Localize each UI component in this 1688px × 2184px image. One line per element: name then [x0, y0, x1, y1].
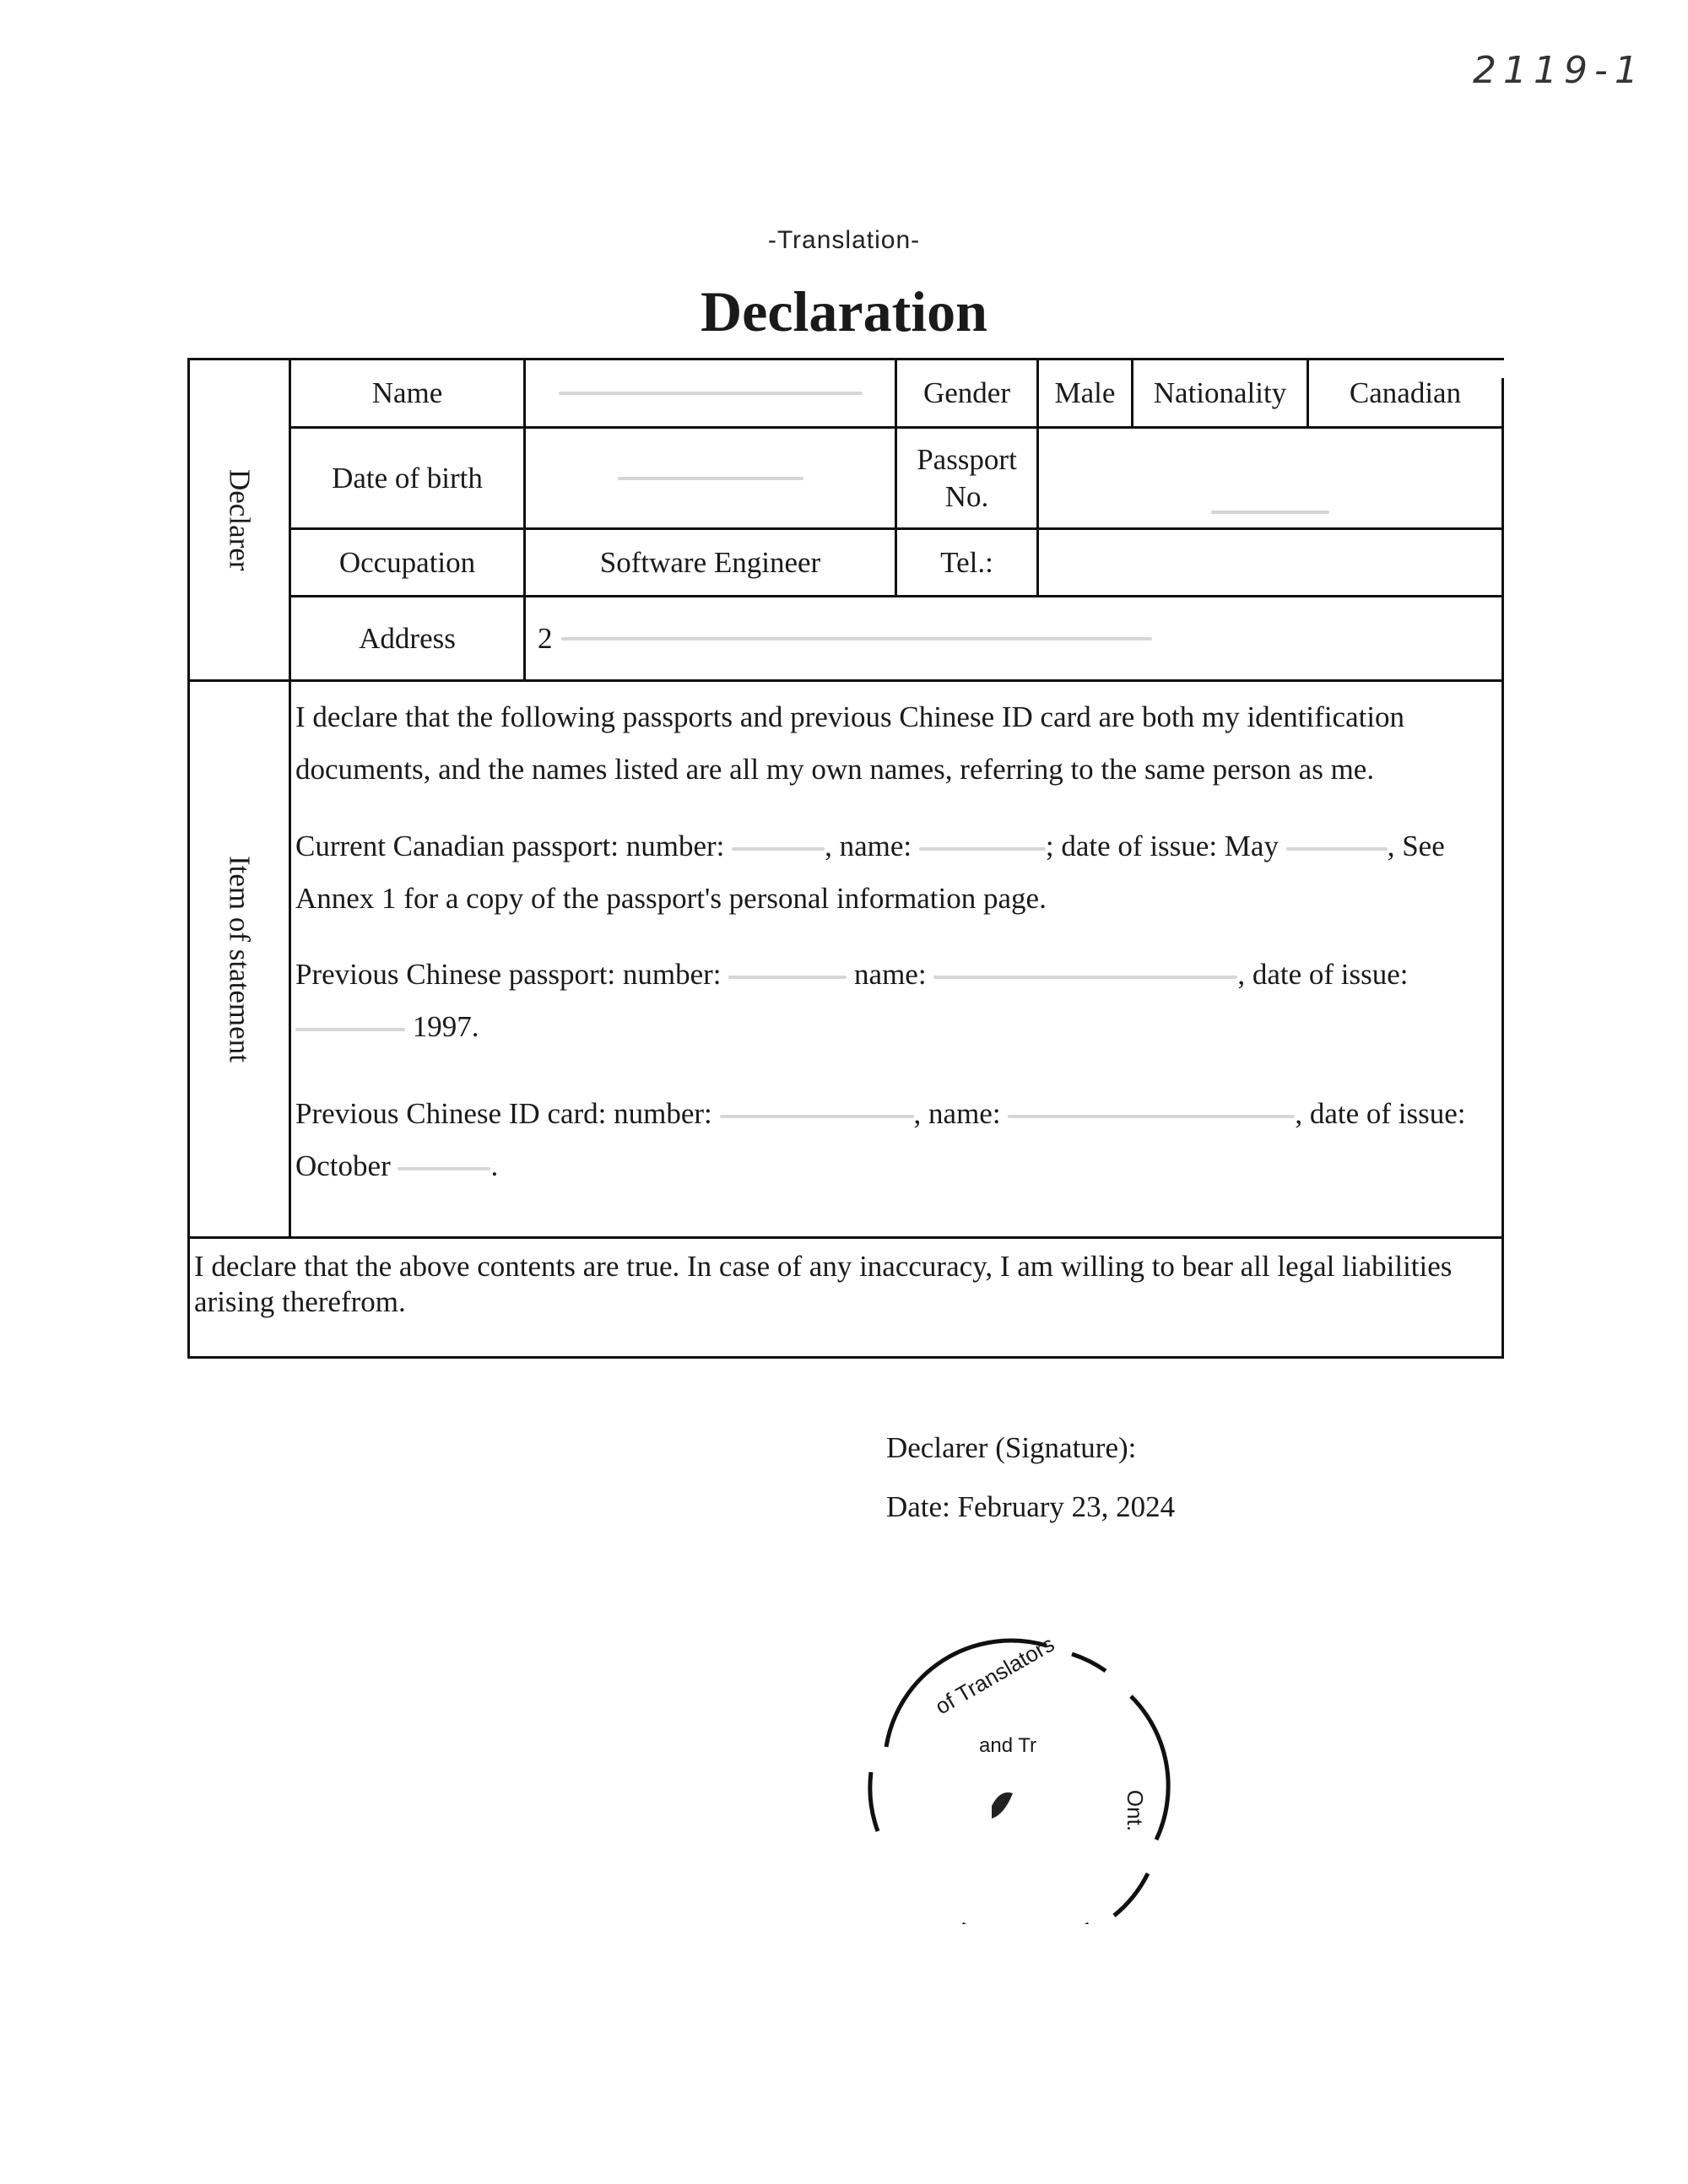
table-border-bottom — [187, 1356, 1504, 1359]
declarer-section-label: Declarer — [190, 360, 289, 679]
item-name-label: , name: — [914, 1097, 1001, 1130]
passport-no-value — [1039, 429, 1501, 595]
passport-no-label-line2: No. — [945, 478, 989, 516]
name-label: Name — [291, 360, 523, 426]
signature-label: Declarer (Signature): — [886, 1431, 1136, 1465]
declaration-table: Declarer Name Gender Male Nationality Ca… — [187, 358, 1504, 1359]
gender-value: Male — [1039, 360, 1131, 426]
item-prefix: Previous Chinese passport: number: — [295, 958, 722, 991]
name-value — [526, 360, 895, 426]
final-declaration: I declare that the above contents are tr… — [194, 1249, 1460, 1320]
table-border-right — [1501, 378, 1504, 1359]
handwritten-reference-number: 2119-1 — [1473, 49, 1645, 92]
statement-item-chinese-id-card: Previous Chinese ID card: number: , name… — [295, 1088, 1494, 1192]
item-suffix: . — [490, 1149, 498, 1182]
passport-no-label-line1: Passport — [917, 441, 1017, 478]
item-suffix: 1997. — [413, 1010, 479, 1043]
passport-no-label: Passport No. — [897, 429, 1036, 527]
statement-section-label: Item of statement — [190, 682, 289, 1236]
translator-seal-stamp: of Translators Ont. and Tr — [852, 1603, 1173, 1924]
item-name-label: name: — [847, 958, 926, 991]
address-prefix: 2 — [538, 620, 553, 657]
address-label: Address — [291, 597, 523, 679]
gender-label: Gender — [897, 360, 1036, 426]
statement-intro: I declare that the following passports a… — [295, 691, 1494, 796]
dob-value — [526, 429, 895, 527]
item-date-label: ; date of issue: May — [1046, 830, 1279, 862]
page-title: Declaration — [0, 278, 1688, 345]
stamp-text-center: and Tr — [979, 1734, 1036, 1758]
address-value: 2 — [526, 597, 1501, 679]
item-date-label: , date of issue: — [1237, 958, 1408, 991]
section-divider — [187, 679, 1504, 682]
statement-item-canadian-passport: Current Canadian passport: number: , nam… — [295, 820, 1494, 925]
tel-label: Tel.: — [897, 530, 1036, 595]
item-prefix: Previous Chinese ID card: number: — [295, 1097, 712, 1130]
nationality-label: Nationality — [1133, 360, 1307, 426]
section-divider — [187, 1236, 1504, 1239]
dob-label: Date of birth — [291, 429, 523, 527]
translation-subtitle: -Translation- — [0, 226, 1688, 255]
item-name-label: , name: — [825, 830, 912, 862]
statement-item-chinese-passport: Previous Chinese passport: number: name:… — [295, 949, 1494, 1053]
nationality-value: Canadian — [1309, 360, 1501, 426]
occupation-label: Occupation — [291, 530, 523, 595]
item-prefix: Current Canadian passport: number: — [295, 830, 724, 862]
signature-date: Date: February 23, 2024 — [886, 1490, 1175, 1524]
stamp-text-right: Ont. — [1122, 1790, 1148, 1831]
occupation-value: Software Engineer — [526, 530, 895, 595]
